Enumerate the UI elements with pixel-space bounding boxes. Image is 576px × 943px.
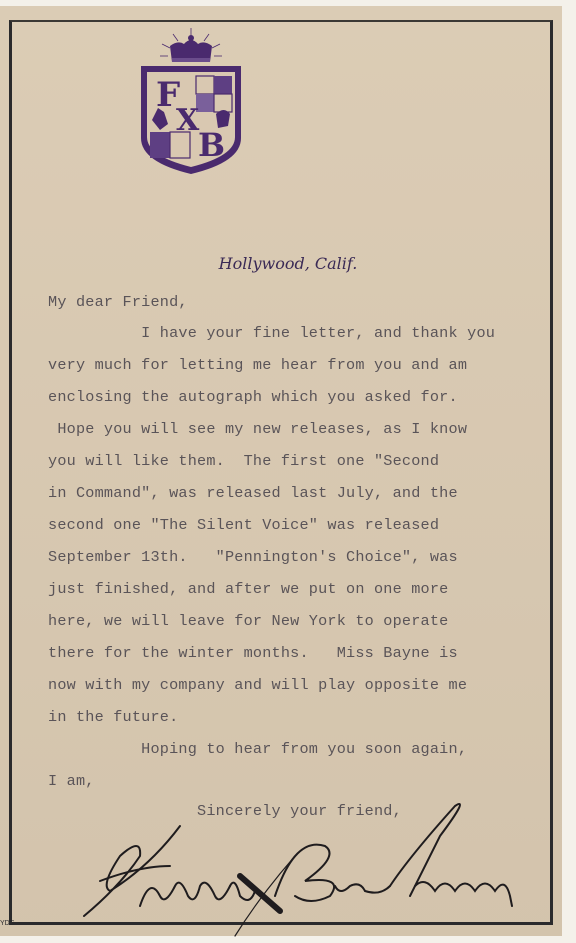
letter-line: very much for letting me hear from you a… [48, 356, 467, 374]
letter-line: September 13th. "Pennington's Choice", w… [48, 548, 458, 566]
letter-line: enclosing the autograph which you asked … [48, 388, 458, 406]
letter-line: you will like them. The first one "Secon… [48, 452, 439, 470]
letter-line: just finished, and after we put on one m… [48, 580, 449, 598]
letter-line: in Command", was released last July, and… [48, 484, 458, 502]
printer-mark: YDS [0, 920, 14, 927]
closing-line: I am, [48, 772, 95, 790]
letter-line: now with my company and will play opposi… [48, 676, 467, 694]
svg-text:B: B [198, 126, 225, 164]
signature [80, 796, 550, 943]
letter-line: Hope you will see my new releases, as I … [48, 420, 467, 438]
crown-shield-crest-icon: F X B [138, 28, 244, 178]
svg-text:X: X [176, 103, 200, 138]
letter-line: there for the winter months. Miss Bayne … [48, 644, 458, 662]
closing-line: Hoping to hear from you soon again, [48, 740, 467, 758]
letter-paper: F X B Hollywood, Calif. My dear Friend, … [0, 6, 562, 936]
letter-line: second one "The Silent Voice" was releas… [48, 516, 439, 534]
letterhead-location: Hollywood, Calif. [0, 254, 576, 273]
letter-line: here, we will leave for New York to oper… [48, 612, 449, 630]
salutation: My dear Friend, [48, 293, 188, 311]
letter-line: in the future. [48, 708, 178, 726]
letter-line: I have your fine letter, and thank you [48, 324, 495, 342]
